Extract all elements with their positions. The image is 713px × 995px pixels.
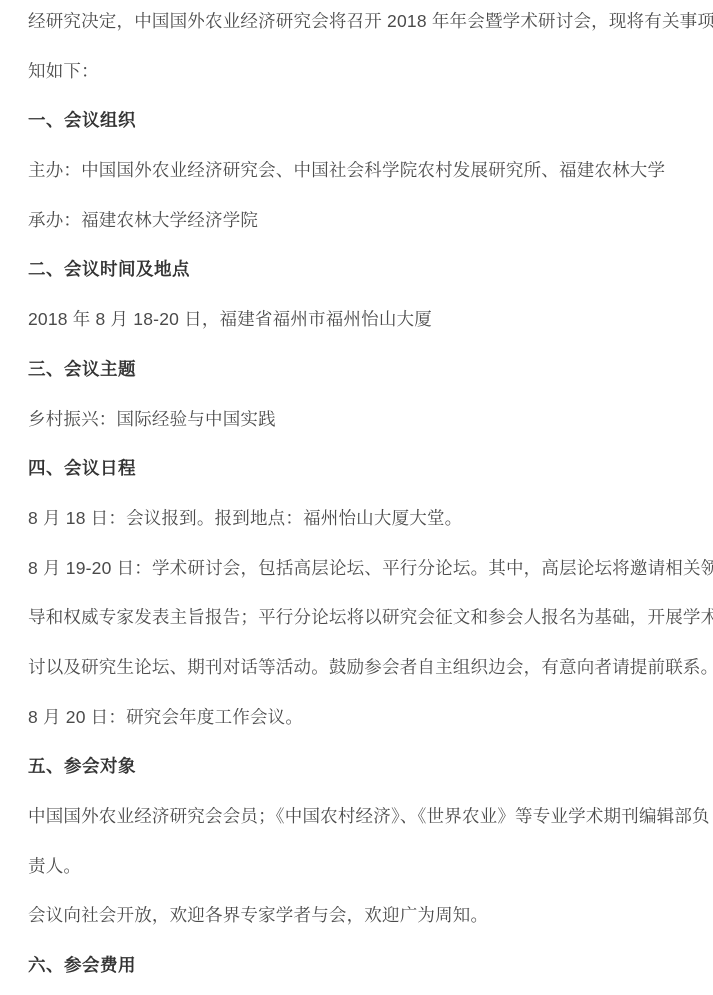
section-heading-agenda: 四、会议日程: [28, 444, 693, 494]
participants-line: 责人。: [28, 842, 693, 892]
time-place-line: 2018 年 8 月 18-20 日，福建省福州市福州怡山大厦: [28, 295, 693, 345]
agenda-day3-line: 8 月 20 日：研究会年度工作会议。: [28, 693, 693, 743]
section-heading-organization: 一、会议组织: [28, 96, 693, 146]
agenda-day2-line: 讨以及研究生论坛、期刊对话等活动。鼓励参会者自主组织边会，有意向者请提前联系。: [28, 643, 693, 693]
section-heading-time-place: 二、会议时间及地点: [28, 245, 693, 295]
host-line: 主办：中国国外农业经济研究会、中国社会科学院农村发展研究所、福建农林大学: [28, 146, 693, 196]
section-heading-participants: 五、参会对象: [28, 742, 693, 792]
organizer-line: 承办：福建农林大学经济学院: [28, 196, 693, 246]
agenda-day2-line: 导和权威专家发表主旨报告；平行分论坛将以研究会征文和参会人报名为基础，开展学术研: [28, 593, 693, 643]
participants-line: 中国国外农业经济研究会会员；《中国农村经济》、《世界农业》等专业学术期刊编辑部负: [28, 792, 693, 842]
notice-document: 经研究决定，中国国外农业经济研究会将召开 2018 年年会暨学术研讨会，现将有关…: [0, 0, 713, 991]
agenda-day2-line: 8 月 19-20 日：学术研讨会，包括高层论坛、平行分论坛。其中，高层论坛将邀…: [28, 544, 693, 594]
intro-paragraph-line: 知如下：: [28, 47, 693, 97]
section-heading-theme: 三、会议主题: [28, 345, 693, 395]
agenda-day1-line: 8 月 18 日：会议报到。报到地点：福州怡山大厦大堂。: [28, 494, 693, 544]
open-invitation-line: 会议向社会开放，欢迎各界专家学者与会，欢迎广为周知。: [28, 891, 693, 941]
theme-line: 乡村振兴：国际经验与中国实践: [28, 395, 693, 445]
section-heading-fees: 六、参会费用: [28, 941, 693, 991]
intro-paragraph-line: 经研究决定，中国国外农业经济研究会将召开 2018 年年会暨学术研讨会，现将有关…: [28, 0, 693, 47]
